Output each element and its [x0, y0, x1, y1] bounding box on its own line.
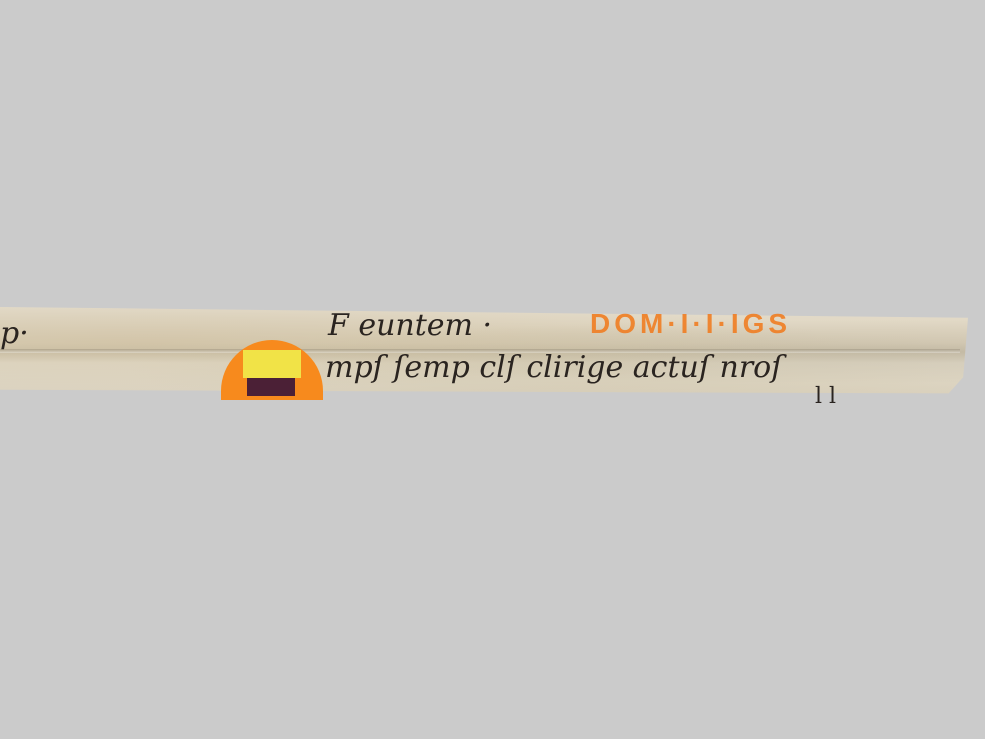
- left-text-fragment: p·: [0, 316, 29, 351]
- rubric-heading: DOM·I·I·IGS: [590, 308, 791, 340]
- manuscript-line-1: F euntem ·: [328, 308, 492, 343]
- initial-yellow-fill: [243, 350, 301, 378]
- initial-purple-fill: [247, 378, 295, 396]
- manuscript-line-2: mpſ ſemp clſ clirige actuſ nroſ: [325, 350, 782, 385]
- bottom-text-fragment: l l: [815, 384, 836, 409]
